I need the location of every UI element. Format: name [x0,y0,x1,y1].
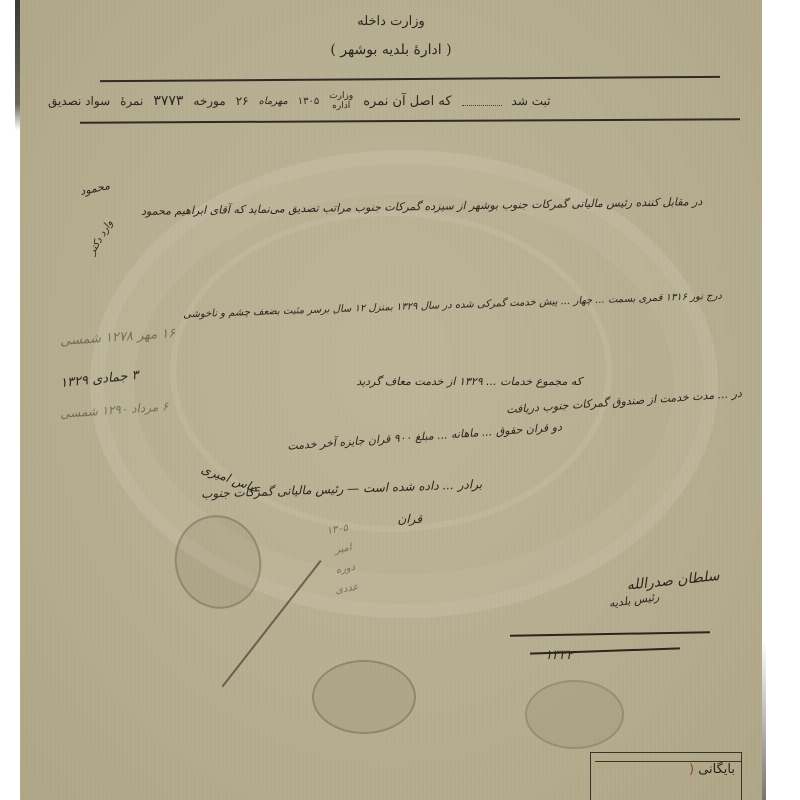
margin-note-vertical: وارد دکتر [87,218,115,256]
header-date-year: ۱۳۰۵ [298,96,319,107]
red-mark-icon: ( [689,762,694,777]
page-edge-shadow-right [762,640,766,800]
header-row: سواد نصدیق نمرهٔ ۳۷۷۳ مورخه ۲۶ مهرماه ۱۳… [48,88,758,114]
seal-faded-center [312,660,416,734]
header-number: ۳۷۷۳ [153,93,183,109]
stamp-box: بایگانی ( [590,752,742,800]
header-dotted-fill [462,97,502,106]
header-connector: که اصل آن نمره [363,94,451,109]
header-date-month: مهرماه [259,96,288,107]
seal-faded-right [525,680,624,749]
header-prefix: سواد نصدیق [48,94,110,108]
margin-note-name: محمود [79,179,111,198]
header-office-label: اداره [329,101,353,111]
stamp-text: بایگانی [698,762,735,777]
stamp-box-text: بایگانی ( [595,761,741,800]
closing-currency: قران [397,512,422,526]
header-number-label: نمرهٔ [120,94,143,108]
signature-block-right: سلطان صدرالله رئیس بلدیه [490,580,720,615]
letterhead-ministry: وزارت داخله [20,14,762,29]
letterhead-office: ( ادارهٔ بلدیه بوشهر ) [20,42,762,58]
header-ministry-label: وزارت [329,91,353,101]
header-date-label: مورخه [193,94,225,108]
header-registered: ثبت شد [512,94,551,108]
body-line-3: که مجموع خدمات ... ۱۳۲۹ از خدمت معاف گرد… [356,375,582,388]
pencil-note: عددی [334,578,361,602]
document-page: وزارت داخله ( ادارهٔ بلدیه بوشهر ) سواد … [20,0,762,800]
header-rule-top [100,76,720,82]
crossed-initials: ۱۳۳۲ [545,648,573,663]
header-rule-bottom [80,118,740,123]
header-date-day: ۲۶ [236,94,249,108]
header-authority: وزارت اداره [329,91,353,111]
strike-line [510,631,710,636]
